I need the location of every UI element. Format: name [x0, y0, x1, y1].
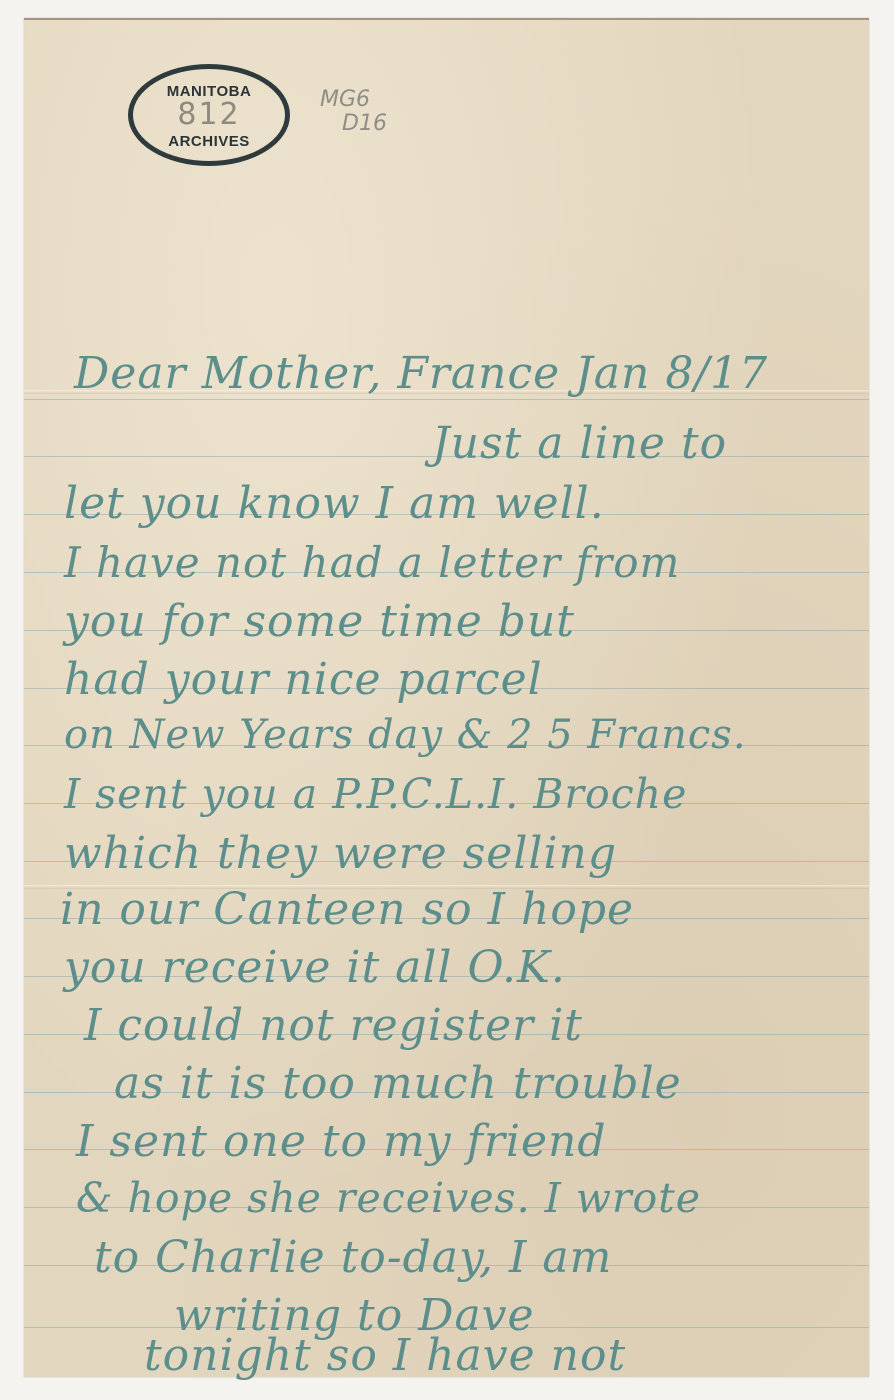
paper-edge [24, 18, 869, 20]
letter-line: which they were selling [64, 828, 617, 879]
letter-line: tonight so I have not [144, 1330, 626, 1381]
stamp-accession-number: 812 [133, 97, 285, 132]
call-number-line-1: MG6 [320, 88, 387, 112]
letter-line: had your nice parcel [64, 654, 543, 705]
call-number: MG6 D16 [320, 88, 387, 136]
letter-page: MANITOBA 812 ARCHIVES MG6 D16 Dear Mothe… [24, 18, 869, 1377]
letter-line: you receive it all O.K. [64, 942, 566, 993]
letter-line: as it is too much trouble [114, 1058, 682, 1109]
letter-line: Just a line to [432, 418, 727, 469]
letter-line: I have not had a letter from [64, 538, 680, 587]
ruled-line [24, 399, 869, 400]
letter-line: I could not register it [84, 1000, 583, 1051]
archive-stamp: MANITOBA 812 ARCHIVES [128, 64, 290, 166]
letter-line: I sent one to my friend [76, 1116, 607, 1167]
letter-line: in our Canteen so I hope [60, 884, 634, 935]
letter-line: I sent you a P.P.C.L.I. Broche [64, 770, 687, 818]
letter-line: on New Years day & 2 5 Francs. [64, 712, 747, 758]
letter-line: to Charlie to-day, I am [94, 1232, 612, 1283]
call-number-line-2: D16 [342, 112, 387, 136]
letter-line: you for some time but [64, 596, 575, 647]
letter-line: let you know I am well. [64, 478, 605, 529]
stamp-bottom-text: ARCHIVES [133, 133, 285, 150]
letter-line-salutation: Dear Mother, France Jan 8/17 [74, 348, 768, 399]
letter-line: & hope she receives. I wrote [76, 1174, 701, 1222]
